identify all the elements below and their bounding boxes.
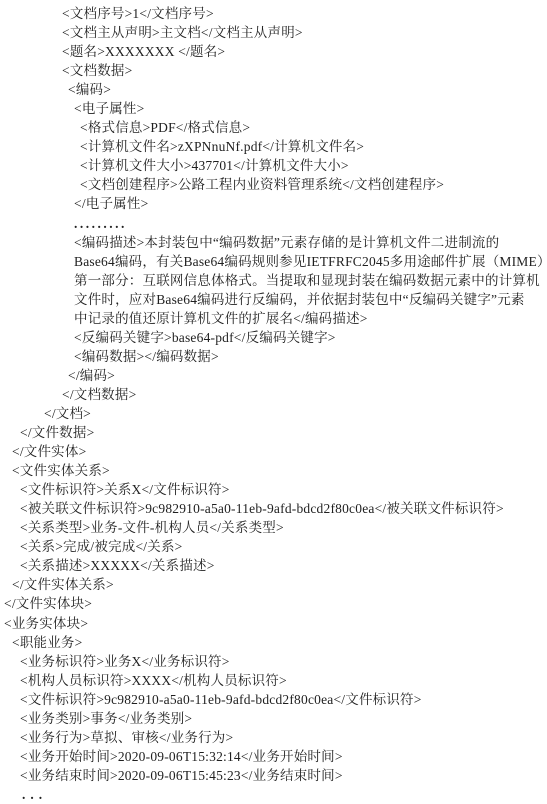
xml-line: <业务行为>草拟、审核</业务行为> (0, 728, 547, 747)
xml-line: 中记录的值还原计算机文件的扩展名</编码描述> (0, 309, 547, 328)
xml-line: Base64编码，有关Base64编码规则参见IETFRFC2045多用途邮件扩… (0, 252, 547, 271)
xml-line: <业务开始时间>2020-09-06T15:32:14</业务开始时间> (0, 747, 547, 766)
xml-line: </文件数据> (0, 423, 547, 442)
document-page: <文档序号>1</文档序号><文档主从声明>主文档</文档主从声明><题名>XX… (0, 0, 547, 804)
xml-line: 第一部分：互联网信息体格式。当提取和显现封装在编码数据元素中的计算机 (0, 271, 547, 290)
xml-line: 文件时，应对Base64编码进行反编码，并依据封装包中“反编码关键字”元素 (0, 290, 547, 309)
xml-line: </文件实体块> (0, 594, 547, 613)
xml-line: <业务标识符>业务X</业务标识符> (0, 652, 547, 671)
xml-line: <格式信息>PDF</格式信息> (0, 118, 547, 137)
xml-line: <机构人员标识符>XXXX</机构人员标识符> (0, 671, 547, 690)
xml-line: <电子属性> (0, 99, 547, 118)
xml-line: </编码> (0, 366, 547, 385)
xml-line: <编码> (0, 80, 547, 99)
xml-line: <反编码关键字>base64-pdf</反编码关键字> (0, 328, 547, 347)
xml-line: <编码数据></编码数据> (0, 347, 547, 366)
ellipsis-omitted-content: ... (0, 785, 547, 804)
xml-line: <职能业务> (0, 633, 547, 652)
xml-line: <题名>XXXXXXX </题名> (0, 42, 547, 61)
xml-line: <计算机文件名>zXPNnuNf.pdf</计算机文件名> (0, 137, 547, 156)
xml-line: <关系>完成/被完成</关系> (0, 537, 547, 556)
xml-code-block: <文档序号>1</文档序号><文档主从声明>主文档</文档主从声明><题名>XX… (0, 4, 547, 804)
xml-line: <编码描述>本封装包中“编码数据”元素存储的是计算机文件二进制流的 (0, 233, 547, 252)
xml-line: <业务结束时间>2020-09-06T15:45:23</业务结束时间> (0, 766, 547, 785)
xml-line: <文件实体关系> (0, 461, 547, 480)
xml-line: <被关联文件标识符>9c982910-a5a0-11eb-9afd-bdcd2f… (0, 499, 547, 518)
xml-line: </文档数据> (0, 385, 547, 404)
xml-line: <文档主从声明>主文档</文档主从声明> (0, 23, 547, 42)
xml-line: <文档序号>1</文档序号> (0, 4, 547, 23)
xml-line: </电子属性> (0, 194, 547, 213)
xml-line: <文件标识符>9c982910-a5a0-11eb-9afd-bdcd2f80c… (0, 690, 547, 709)
xml-line: <关系类型>业务-文件-机构人员</关系类型> (0, 518, 547, 537)
xml-line: <文档数据> (0, 61, 547, 80)
xml-line: <计算机文件大小>437701</计算机文件大小> (0, 156, 547, 175)
xml-line: </文件实体关系> (0, 575, 547, 594)
xml-line: <关系描述>XXXXX</关系描述> (0, 556, 547, 575)
ellipsis-omitted-content: ......... (0, 214, 547, 233)
xml-line: </文档> (0, 404, 547, 423)
xml-line: <业务实体块> (0, 614, 547, 633)
xml-line: <文件标识符>关系X</文件标识符> (0, 480, 547, 499)
xml-line: </文件实体> (0, 442, 547, 461)
xml-line: <文档创建程序>公路工程内业资料管理系统</文档创建程序> (0, 175, 547, 194)
xml-line: <业务类别>事务</业务类别> (0, 709, 547, 728)
